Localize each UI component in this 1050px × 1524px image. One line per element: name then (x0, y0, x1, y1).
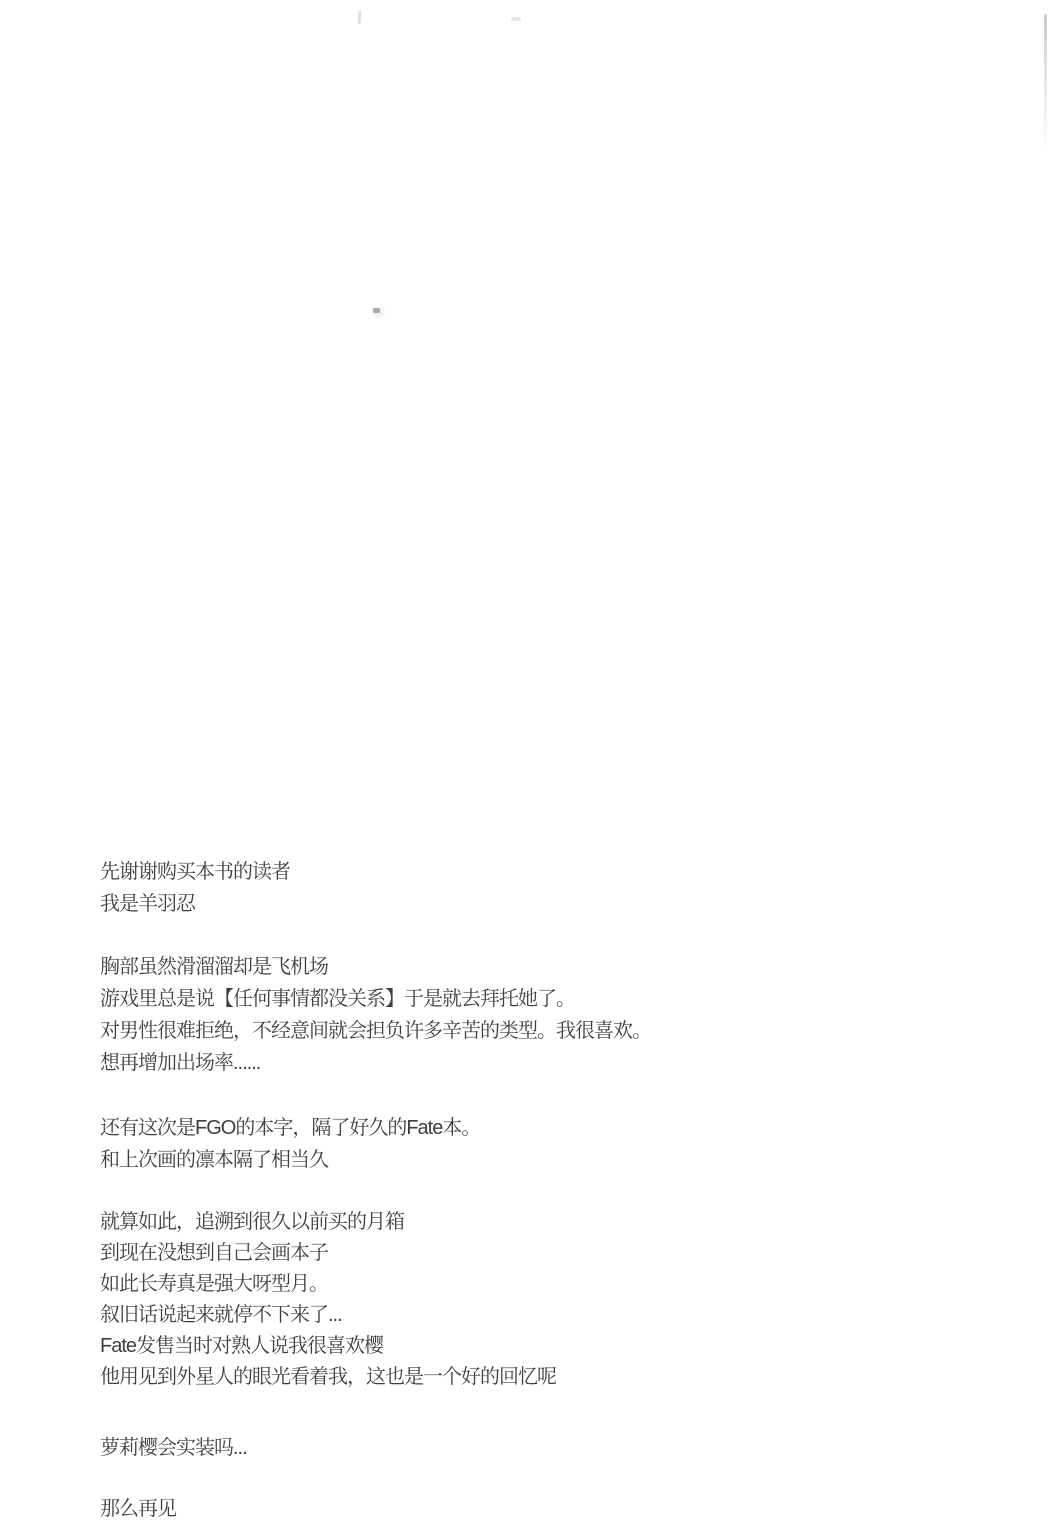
afterword-paragraph-question: 萝莉樱会实装吗... (100, 1432, 247, 1464)
text-line: 萝莉樱会实装吗... (100, 1432, 247, 1464)
text-line: 就算如此，追溯到很久以前买的月箱 (100, 1207, 556, 1238)
scanned-afterword-page: 先谢谢购买本书的读者 我是羊羽忍 胸部虽然滑溜溜却是飞机场 游戏里总是说【任何事… (0, 0, 1050, 1524)
text-line: 还有这次是FGO的本字，隔了好久的Fate本。 (100, 1112, 480, 1144)
ink-speck-artifact (373, 308, 380, 313)
text-line: 游戏里总是说【任何事情都没关系】于是就去拜托她了。 (100, 983, 651, 1015)
text-line: 对男性很难拒绝，不经意间就会担负许多辛苦的类型。我很喜欢。 (100, 1015, 651, 1047)
text-line: 如此长寿真是强大呀型月。 (100, 1269, 556, 1300)
scan-edge-streak-artifact (1044, 14, 1047, 154)
text-line: 叙旧话说起来就停不下来了... (100, 1300, 556, 1331)
text-line: 那么再见 (100, 1493, 176, 1524)
afterword-paragraph-reminiscence: 就算如此，追溯到很久以前买的月箱 到现在没想到自己会画本子 如此长寿真是强大呀型… (100, 1207, 556, 1393)
afterword-paragraph-greeting: 先谢谢购买本书的读者 我是羊羽忍 (100, 856, 290, 920)
text-line: 想再增加出场率...... (100, 1047, 651, 1079)
text-line: 胸部虽然滑溜溜却是飞机场 (100, 951, 651, 983)
text-line: 到现在没想到自己会画本子 (100, 1238, 556, 1269)
text-line: 我是羊羽忍 (100, 888, 290, 920)
scan-smudge-artifact (358, 11, 362, 24)
text-line: Fate发售当时对熟人说我很喜欢樱 (100, 1331, 556, 1362)
afterword-paragraph-farewell: 那么再见 (100, 1493, 176, 1524)
afterword-paragraph-character: 胸部虽然滑溜溜却是飞机场 游戏里总是说【任何事情都没关系】于是就去拜托她了。 对… (100, 951, 651, 1079)
text-line: 和上次画的凛本隔了相当久 (100, 1144, 480, 1176)
text-line: 他用见到外星人的眼光看着我，这也是一个好的回忆呢 (100, 1362, 556, 1393)
text-line: 先谢谢购买本书的读者 (100, 856, 290, 888)
scan-smudge-artifact (511, 17, 521, 21)
afterword-paragraph-fgo-book: 还有这次是FGO的本字，隔了好久的Fate本。 和上次画的凛本隔了相当久 (100, 1112, 480, 1176)
